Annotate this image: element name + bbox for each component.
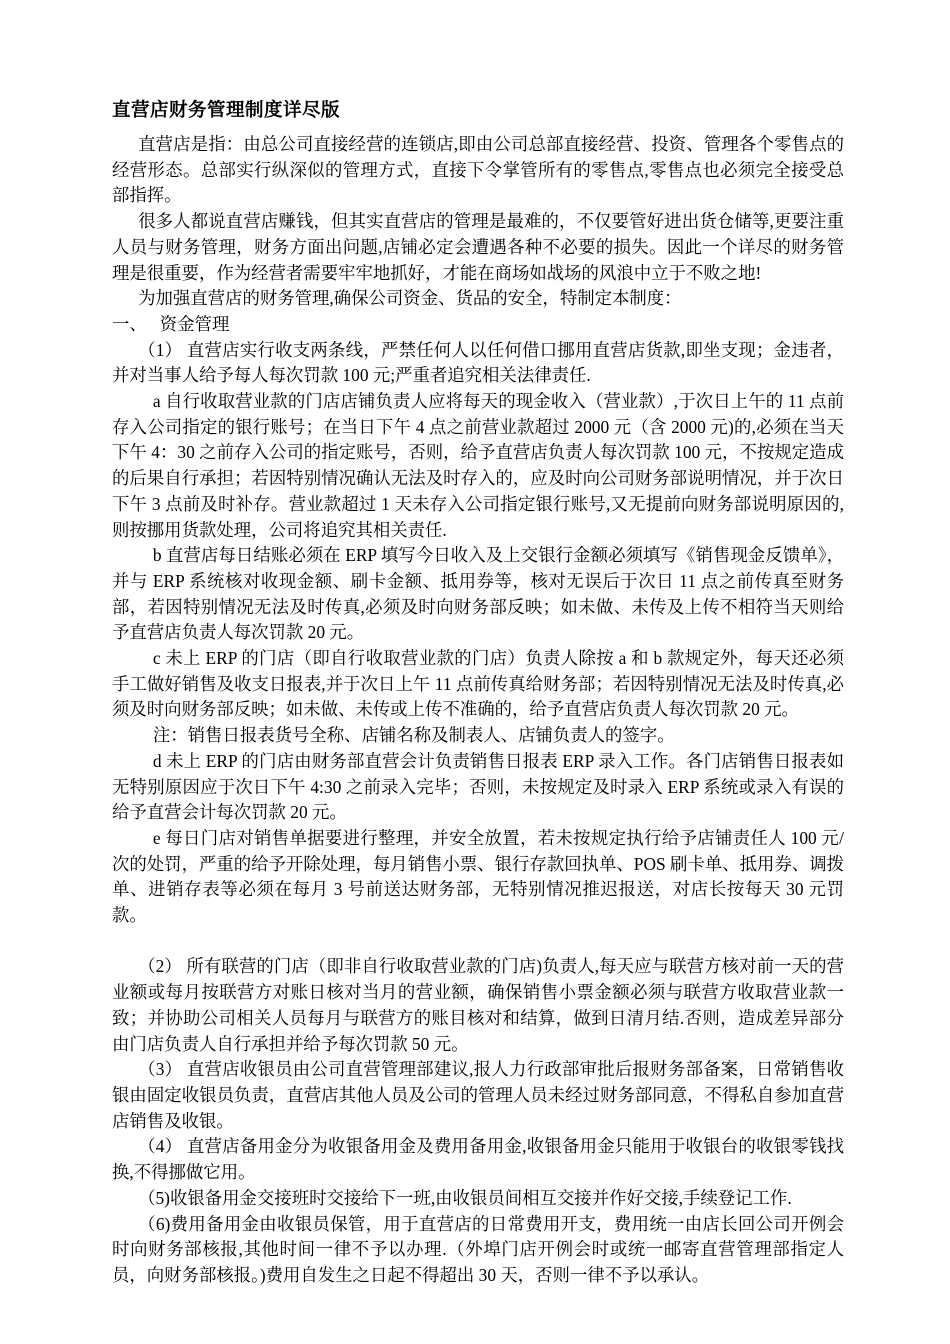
paragraph: （5)收银备用金交接班时交接给下一班,由收银员间相互交接并作好交接,手续登记工作… bbox=[112, 1186, 844, 1212]
section-heading: 一、资金管理 bbox=[112, 312, 844, 338]
document-page: 直营店财务管理制度详尽版 直营店是指：由总公司直接经营的连锁店,即由公司总部直接… bbox=[0, 0, 950, 1344]
paragraph: b 直营店每日结账必须在 ERP 填写今日收入及上交银行金额必须填写《销售现金反… bbox=[112, 543, 844, 646]
paragraph: 直营店是指：由总公司直接经营的连锁店,即由公司总部直接经营、投资、管理各个零售点… bbox=[112, 132, 844, 209]
section-number: 一、 bbox=[112, 314, 147, 334]
paragraph: a 自行收取营业款的门店店铺负责人应将每天的现金收入（营业款）,于次日上午的 1… bbox=[112, 389, 844, 543]
paragraph: （1） 直营店实行收支两条线，严禁任何人以任何借口挪用直营店货款,即坐支现；金违… bbox=[112, 338, 844, 389]
paragraph: 为加强直营店的财务管理,确保公司资金、货品的安全，特制定本制度： bbox=[112, 286, 844, 312]
section-label: 资金管理 bbox=[160, 314, 230, 334]
document-content: 直营店财务管理制度详尽版 直营店是指：由总公司直接经营的连锁店,即由公司总部直接… bbox=[112, 98, 844, 1289]
paragraph: c 未上 ERP 的门店（即自行收取营业款的门店）负责人除按 a 和 b 款规定… bbox=[112, 646, 844, 723]
paragraph: 注：销售日报表货号全称、店铺名称及制表人、店铺负责人的签字。 bbox=[112, 723, 844, 749]
paragraph: （2） 所有联营的门店（即非自行收取营业款的门店)负责人,每天应与联营方核对前一… bbox=[112, 954, 844, 1057]
paragraph: e 每日门店对销售单据要进行整理，并安全放置，若未按规定执行给予店铺责任人 10… bbox=[112, 826, 844, 929]
paragraph: d 未上 ERP 的门店由财务部直营会计负责销售日报表 ERP 录入工作。各门店… bbox=[112, 749, 844, 826]
document-body: 直营店是指：由总公司直接经营的连锁店,即由公司总部直接经营、投资、管理各个零售点… bbox=[112, 132, 844, 1289]
document-title: 直营店财务管理制度详尽版 bbox=[112, 98, 844, 124]
paragraph: 很多人都说直营店赚钱，但其实直营店的管理是最难的，不仅要管好进出货仓储等,更要注… bbox=[112, 209, 844, 286]
paragraph: （4） 直营店备用金分为收银备用金及费用备用金,收银备用金只能用于收银台的收银零… bbox=[112, 1134, 844, 1185]
paragraph: （3） 直营店收银员由公司直营管理部建议,报人力行政部审批后报财务部备案，日常销… bbox=[112, 1057, 844, 1134]
blank-line bbox=[112, 929, 844, 955]
paragraph: （6)费用备用金由收银员保管，用于直营店的日常费用开支，费用统一由店长回公司开例… bbox=[112, 1212, 844, 1289]
